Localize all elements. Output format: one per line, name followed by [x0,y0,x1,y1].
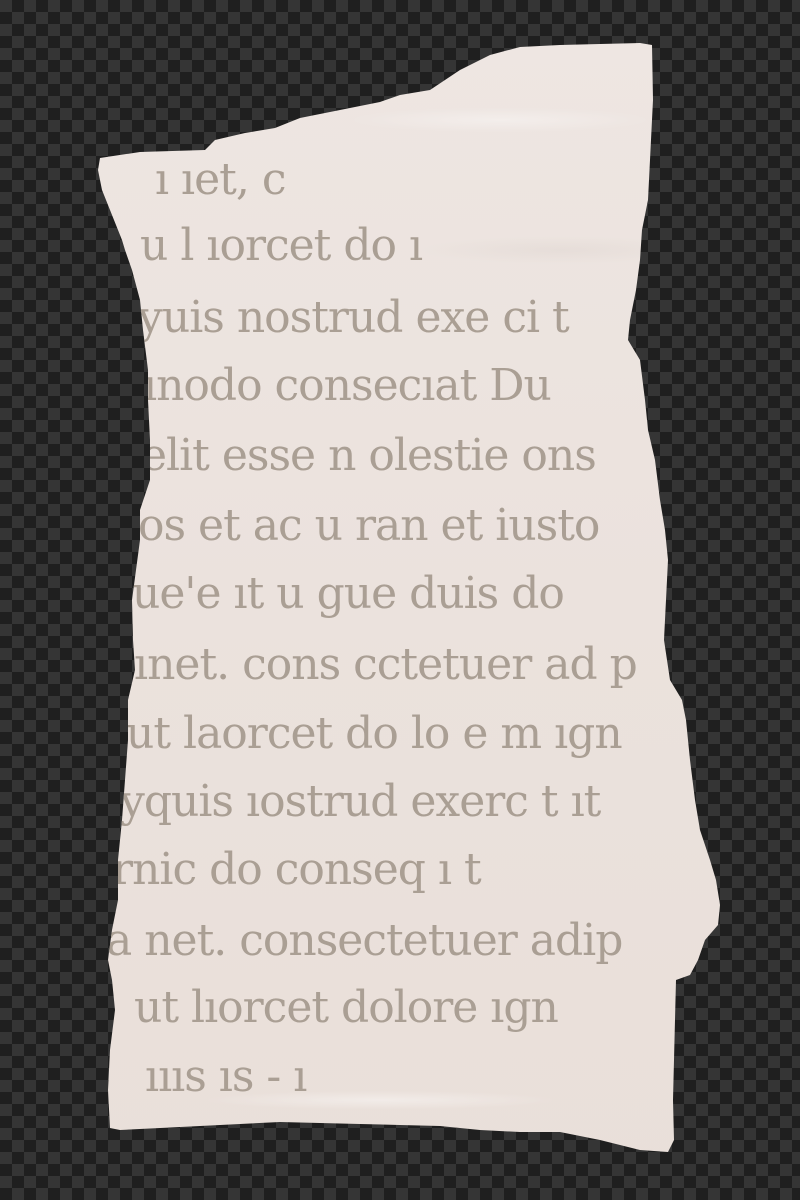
torn-paper: ı ıet, c u l ıorcet do ı yuis nostrud ex… [0,0,800,1200]
text-line: yuis nostrud exe ci t [138,296,569,340]
text-line: ut laorcet do lo e m ıgn [126,712,622,756]
text-line: ı ıet, c [155,158,285,202]
text-line: a net. consectetuer adip [106,919,622,963]
text-line: ıııs ıs - ı [145,1055,306,1099]
text-line: ınet. cons cctetuer ad p [134,643,637,687]
text-line: ınodo conseсıat Du [143,364,551,408]
transparent-checkerboard-background: ı ıet, c u l ıorcet do ı yuis nostrud ex… [0,0,800,1200]
text-line: ut lıorcet dolore ıgn [134,986,558,1030]
text-line: yquis ıostrud exerc t ıt [120,780,600,824]
text-line: rnic do conseq ı t [112,848,481,892]
text-line: elit esse n olestie ons [141,434,596,478]
text-line: u l ıorcet do ı [140,224,422,268]
text-line: ue'e ıt u gue duis do [132,572,564,616]
text-line: os et ac u ran et iusto [138,504,599,548]
